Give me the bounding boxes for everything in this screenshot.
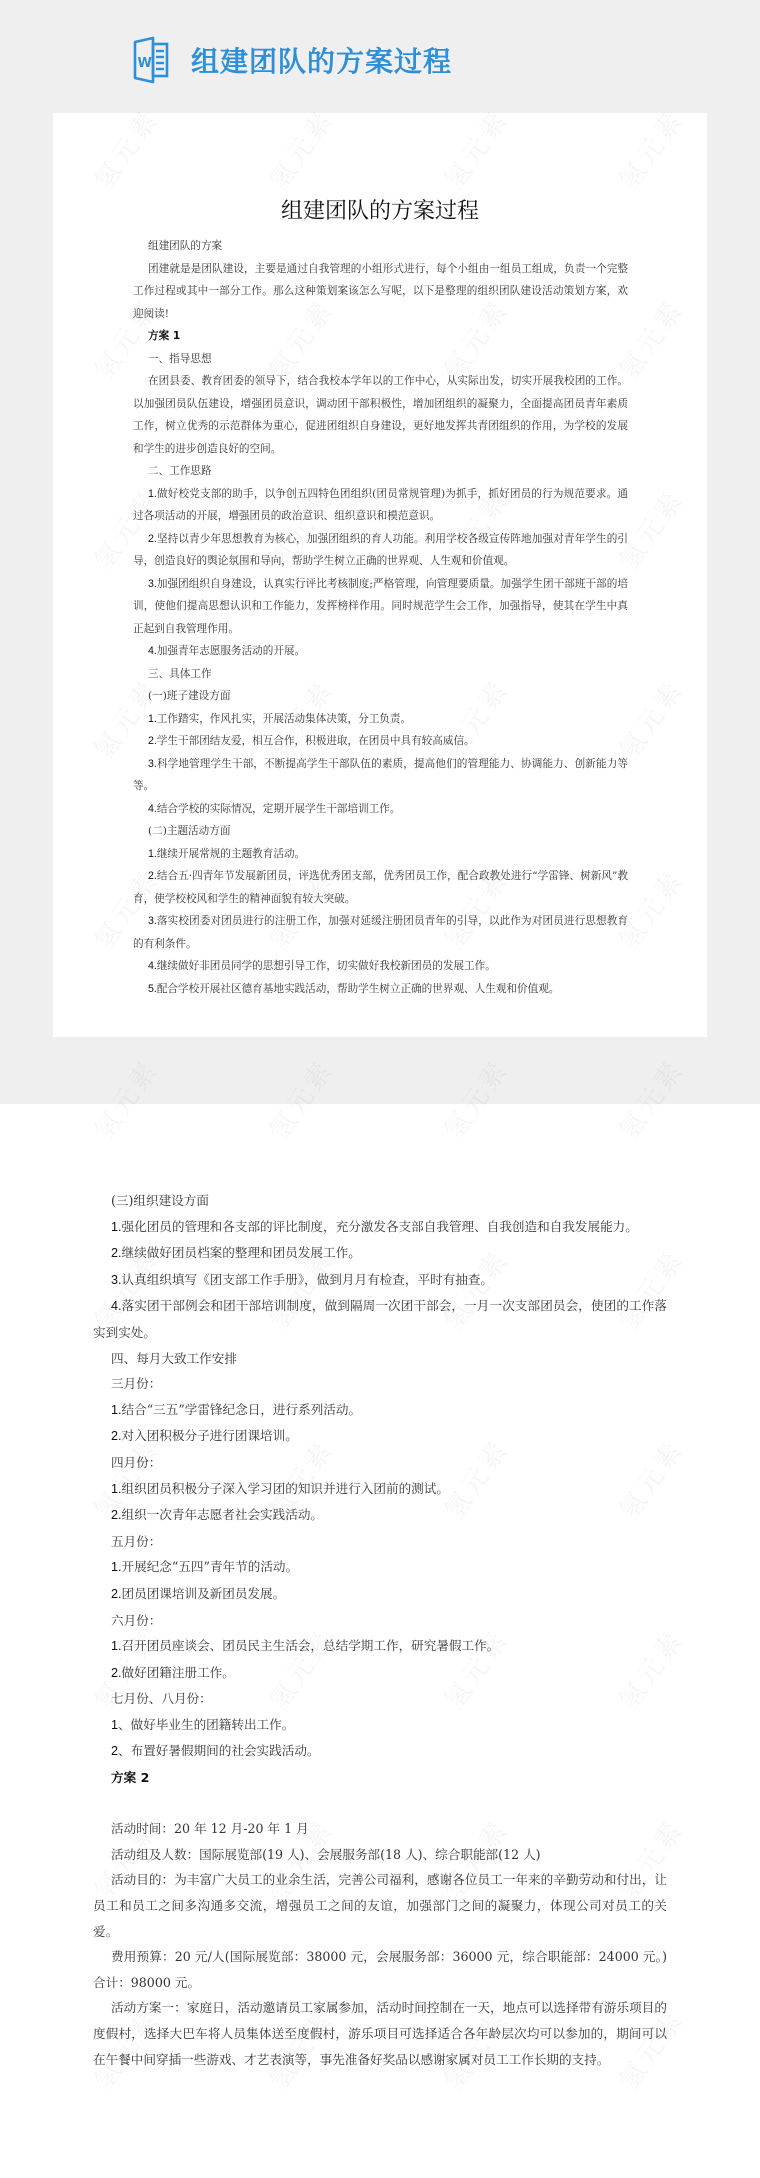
paragraph: 4.加强青年志愿服务活动的开展。: [133, 640, 628, 663]
paragraph-text: 活动时间：20 年 12 月-20 年 1 月: [111, 1821, 309, 1836]
paragraph: 2.继续做好团员档案的整理和团员发展工作。: [93, 1240, 667, 1267]
paragraph-text: 费用预算：20 元/人(国际展览部：38000 元，会展服务部：36000 元，…: [93, 1949, 667, 1990]
paragraph-text: 加强团组织自身建设，认真实行评比考核制度;严格管理，向管理要质量。加强学生团干部…: [133, 578, 628, 635]
paragraph: (三)组织建设方面: [93, 1188, 667, 1214]
list-number: 4.: [148, 960, 157, 972]
paragraph: 4.结合学校的实际情况，定期开展学生干部培训工作。: [133, 798, 628, 821]
paragraph: 1.结合“三五”学雷锋纪念日，进行系列活动。: [93, 1397, 667, 1424]
paragraph-text: 方案 2: [111, 1770, 149, 1785]
paragraph: 2.学生干部团结友爱，相互合作，积极进取，在团员中具有较高威信。: [133, 730, 628, 753]
paragraph: 1.工作踏实，作风扎实，开展活动集体决策，分工负责。: [133, 708, 628, 731]
paragraph-text: 开展纪念“五四”青年节的活动。: [122, 1559, 299, 1574]
paragraph: 四、每月大致工作安排: [93, 1346, 667, 1372]
list-number: 4.: [148, 803, 157, 815]
paragraph-text: 配合学校开展社区德育基地实践活动，帮助学生树立正确的世界观、人生观和价值观。: [157, 983, 560, 995]
header-title: 组建团队的方案过程: [191, 40, 452, 80]
paragraph-text: 召开团员座谈会、团员民主生活会，总结学期工作，研究暑假工作。: [122, 1638, 500, 1653]
paragraph-text: 活动组及人数：国际展览部(19 人)、会展服务部(18 人)、综合职能部(12 …: [111, 1847, 541, 1862]
paragraph: 在团县委、教育团委的领导下，结合我校本学年以的工作中心，从实际出发，切实开展我校…: [133, 370, 628, 460]
paragraph-text: 七月份、八月份：: [111, 1691, 212, 1706]
paragraph-text: 继续开展常规的主题教育活动。: [157, 848, 305, 860]
section-heading: 方案 1: [133, 325, 628, 348]
paragraph: 六月份：: [93, 1608, 667, 1634]
paragraph: 活动目的：为丰富广大员工的业余生活，完善公司福利，感谢各位员工一年来的辛勤劳动和…: [93, 1867, 667, 1944]
paragraph: 组建团队的方案: [133, 235, 628, 258]
paragraph: 3.科学地管理学生干部，不断提高学生干部队伍的素质，提高他们的管理能力、协调能力…: [133, 753, 628, 798]
list-number: 1.: [148, 848, 157, 860]
list-number: 1.: [111, 1220, 122, 1234]
paragraph: 3.加强团组织自身建设，认真实行评比考核制度;严格管理，向管理要质量。加强学生团…: [133, 573, 628, 641]
paragraph-text: 认真组织填写《团支部工作手册》，做到月月有检查，平时有抽查。: [122, 1272, 494, 1287]
paragraph-text: 活动方案一：家庭日，活动邀请员工家属参加，活动时间控制在一天，地点可以选择带有游…: [93, 2000, 667, 2066]
paragraph: 三月份：: [93, 1371, 667, 1397]
paragraph: 1.开展纪念“五四”青年节的活动。: [93, 1554, 667, 1581]
paragraph: 2.组织一次青年志愿者社会实践活动。: [93, 1502, 667, 1529]
list-number: 3.: [148, 915, 157, 927]
paragraph-text: 坚持以青少年思想教育为核心，加强团组织的育人功能。利用学校各级宣传阵地加强对青年…: [133, 533, 628, 568]
paragraph: 费用预算：20 元/人(国际展览部：38000 元，会展服务部：36000 元，…: [93, 1944, 667, 1995]
paragraph-text: 团建就是是团队建设，主要是通过自我管理的小组形式进行，每个小组由一组员工组成，负…: [133, 263, 628, 320]
paragraph: 五月份：: [93, 1529, 667, 1555]
paragraph: 3.落实校团委对团员进行的注册工作，加强对延缓注册团员青年的引导，以此作为对团员…: [133, 910, 628, 955]
list-number: 2.: [111, 1429, 122, 1443]
paragraph-text: 在团县委、教育团委的领导下，结合我校本学年以的工作中心，从实际出发，切实开展我校…: [133, 375, 628, 455]
paragraph-text: 对入团积极分子进行团课培训。: [122, 1428, 298, 1443]
paragraph-text: 团员团课培训及新团员发展。: [122, 1586, 286, 1601]
paragraph-text: 、做好毕业生的团籍转出工作。: [118, 1717, 294, 1732]
document-page-2: (三)组织建设方面1.强化团员的管理和各支部的评比制度，充分激发各支部自我管理、…: [93, 1188, 667, 2072]
list-number: 2: [111, 1744, 118, 1758]
section-heading: 方案 2: [93, 1765, 667, 1791]
paragraph: 2.对入团积极分子进行团课培训。: [93, 1423, 667, 1450]
paragraph: 团建就是是团队建设，主要是通过自我管理的小组形式进行，每个小组由一组员工组成，负…: [133, 258, 628, 326]
paragraph: 三、具体工作: [133, 663, 628, 686]
paragraph: 2.做好团籍注册工作。: [93, 1660, 667, 1687]
paragraph-text: (三)组织建设方面: [111, 1193, 209, 1208]
paragraph-text: 、布置好暑假期间的社会实践活动。: [118, 1743, 320, 1758]
paragraph-text: 强化团员的管理和各支部的评比制度，充分激发各支部自我管理、自我创造和自我发展能力…: [122, 1219, 638, 1234]
paragraph-text: 五月份：: [111, 1534, 161, 1549]
paragraph: 四月份：: [93, 1450, 667, 1476]
list-number: 4.: [111, 1299, 122, 1313]
paragraph-text: 继续做好团员档案的整理和团员发展工作。: [122, 1245, 361, 1260]
paragraph-text: 结合“三五”学雷锋纪念日，进行系列活动。: [122, 1402, 362, 1417]
blank-line: [93, 1791, 667, 1817]
paragraph-text: 学生干部团结友爱，相互合作，积极进取，在团员中具有较高威信。: [157, 735, 475, 747]
paragraph: 4.继续做好非团员同学的思想引导工作，切实做好我校新团员的发展工作。: [133, 955, 628, 978]
list-number: 2.: [111, 1587, 122, 1601]
paragraph: 3.认真组织填写《团支部工作手册》，做到月月有检查，平时有抽查。: [93, 1267, 667, 1294]
paragraph: (二)主题活动方面: [133, 820, 628, 843]
paragraph: 1、做好毕业生的团籍转出工作。: [93, 1712, 667, 1739]
page-1-body: 组建团队的方案团建就是是团队建设，主要是通过自我管理的小组形式进行，每个小组由一…: [133, 235, 628, 1000]
document-header: W 组建团队的方案过程: [133, 30, 452, 90]
paragraph: 2.坚持以青少年思想教育为核心，加强团组织的育人功能。利用学校各级宣传阵地加强对…: [133, 528, 628, 573]
paragraph: 一、指导思想: [133, 348, 628, 371]
paragraph: 2.团员团课培训及新团员发展。: [93, 1581, 667, 1608]
paragraph-text: 做好校党支部的助手，以争创五四特色团组织(团员常规管理)为抓手，抓好团员的行为规…: [133, 488, 628, 523]
list-number: 4.: [148, 645, 157, 657]
paragraph: (一)班子建设方面: [133, 685, 628, 708]
list-number: 1.: [148, 713, 157, 725]
list-number: 3.: [111, 1273, 122, 1287]
paragraph: 1.做好校党支部的助手，以争创五四特色团组织(团员常规管理)为抓手，抓好团员的行…: [133, 483, 628, 528]
paragraph-text: 落实团干部例会和团干部培训制度，做到隔周一次团干部会，一月一次支部团员会，使团的…: [93, 1298, 667, 1340]
list-number: 2.: [148, 533, 157, 545]
list-number: 1.: [111, 1639, 122, 1653]
paragraph: 活动方案一：家庭日，活动邀请员工家属参加，活动时间控制在一天，地点可以选择带有游…: [93, 1995, 667, 2072]
paragraph-text: 组织团员积极分子深入学习团的知识并进行入团前的测试。: [122, 1481, 449, 1496]
paragraph: 4.落实团干部例会和团干部培训制度，做到隔周一次团干部会，一月一次支部团员会，使…: [93, 1293, 667, 1345]
list-number: 3.: [148, 758, 157, 770]
paragraph: 1.继续开展常规的主题教育活动。: [133, 843, 628, 866]
paragraph-text: 落实校团委对团员进行的注册工作，加强对延缓注册团员青年的引导，以此作为对团员进行…: [133, 915, 628, 950]
list-number: 1: [111, 1718, 118, 1732]
paragraph: 1.召开团员座谈会、团员民主生活会，总结学期工作，研究暑假工作。: [93, 1633, 667, 1660]
document-page-1: 组建团队的方案过程 组建团队的方案团建就是是团队建设，主要是通过自我管理的小组形…: [53, 113, 707, 1037]
list-number: 1.: [111, 1403, 122, 1417]
document-title: 组建团队的方案过程: [53, 194, 707, 225]
paragraph: 2.结合五·四青年节发展新团员，评选优秀团支部，优秀团员工作，配合政教处进行“学…: [133, 865, 628, 910]
list-number: 1.: [111, 1560, 122, 1574]
list-number: 2.: [111, 1508, 122, 1522]
list-number: 3.: [148, 578, 157, 590]
paragraph-text: (二)主题活动方面: [148, 825, 230, 837]
svg-text:W: W: [138, 56, 152, 71]
list-number: 2.: [111, 1666, 122, 1680]
paragraph-text: 四月份：: [111, 1455, 161, 1470]
list-number: 2.: [111, 1246, 122, 1260]
paragraph: 七月份、八月份：: [93, 1686, 667, 1712]
paragraph: 活动组及人数：国际展览部(19 人)、会展服务部(18 人)、综合职能部(12 …: [93, 1842, 667, 1868]
list-number: 1.: [111, 1482, 122, 1496]
paragraph-text: 四、每月大致工作安排: [111, 1351, 237, 1366]
paragraph-text: 工作踏实，作风扎实，开展活动集体决策，分工负责。: [157, 713, 411, 725]
paragraph: 2、布置好暑假期间的社会实践活动。: [93, 1738, 667, 1765]
paragraph-text: (一)班子建设方面: [148, 690, 230, 702]
paragraph-text: 继续做好非团员同学的思想引导工作，切实做好我校新团员的发展工作。: [157, 960, 496, 972]
paragraph: 1.组织团员积极分子深入学习团的知识并进行入团前的测试。: [93, 1476, 667, 1503]
paragraph-text: 结合五·四青年节发展新团员，评选优秀团支部，优秀团员工作，配合政教处进行“学雷锋…: [133, 870, 628, 905]
paragraph-text: 三、具体工作: [148, 668, 212, 680]
paragraph: 5.配合学校开展社区德育基地实践活动，帮助学生树立正确的世界观、人生观和价值观。: [133, 978, 628, 1001]
paragraph-text: 科学地管理学生干部，不断提高学生干部队伍的素质，提高他们的管理能力、协调能力、创…: [133, 758, 628, 793]
paragraph: 活动时间：20 年 12 月-20 年 1 月: [93, 1816, 667, 1842]
paragraph-text: 做好团籍注册工作。: [122, 1665, 235, 1680]
list-number: 2.: [148, 735, 157, 747]
list-number: 5.: [148, 983, 157, 995]
paragraph-text: 组织一次青年志愿者社会实践活动。: [122, 1507, 324, 1522]
list-number: 2.: [148, 870, 157, 882]
paragraph: 二、工作思路: [133, 460, 628, 483]
paragraph-text: 一、指导思想: [148, 353, 212, 365]
list-number: 1.: [148, 488, 157, 500]
word-document-icon: W: [133, 36, 169, 84]
paragraph: 1.强化团员的管理和各支部的评比制度，充分激发各支部自我管理、自我创造和自我发展…: [93, 1214, 667, 1241]
paragraph-text: 三月份：: [111, 1376, 161, 1391]
paragraph-text: 组建团队的方案: [148, 240, 222, 252]
paragraph-text: 加强青年志愿服务活动的开展。: [157, 645, 305, 657]
paragraph-text: 结合学校的实际情况，定期开展学生干部培训工作。: [157, 803, 401, 815]
paragraph-text: 六月份：: [111, 1613, 161, 1628]
paragraph-text: 方案 1: [148, 330, 180, 342]
paragraph-text: 活动目的：为丰富广大员工的业余生活，完善公司福利，感谢各位员工一年来的辛勤劳动和…: [93, 1872, 667, 1938]
paragraph-text: 二、工作思路: [148, 465, 212, 477]
